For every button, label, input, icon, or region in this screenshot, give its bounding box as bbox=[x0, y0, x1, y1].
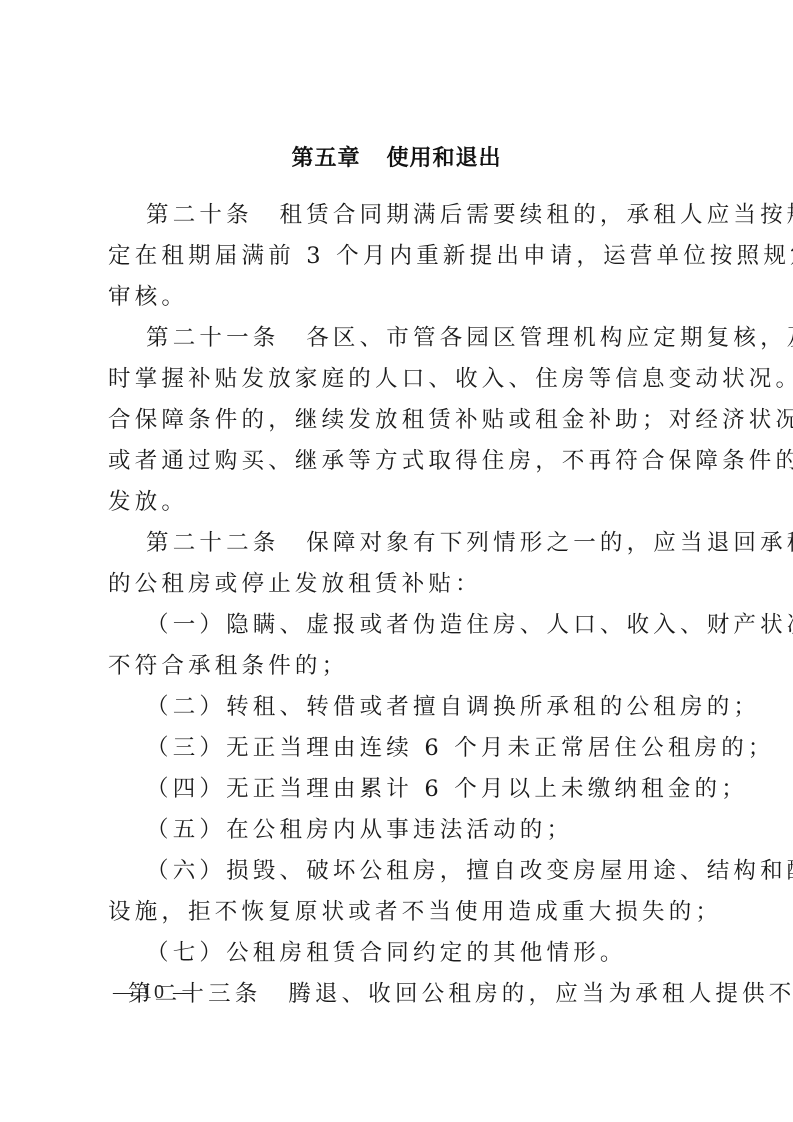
chapter-name: 使用和退出 bbox=[387, 146, 502, 171]
text-line: （三）无正当理由连续 6 个月未正常居住公租房的； bbox=[146, 733, 688, 763]
page-number: — 10 — bbox=[113, 981, 195, 1004]
text-line: （五）在公租房内从事违法活动的； bbox=[146, 815, 688, 845]
text-line: （四）无正当理由累计 6 个月以上未缴纳租金的； bbox=[146, 774, 688, 804]
text-line: 第二十三条 腾退、收回公租房的，应当为承租人提供不 bbox=[128, 979, 688, 1009]
text-line: 的公租房或停止发放租赁补贴： bbox=[108, 569, 688, 599]
text-line: 定在租期届满前 3 个月内重新提出申请，运营单位按照规定程序 bbox=[108, 241, 688, 271]
text-line: 第二十条 租赁合同期满后需要续租的，承租人应当按规 bbox=[146, 200, 688, 230]
text-line: （六）损毁、破坏公租房，擅自改变房屋用途、结构和配套 bbox=[146, 856, 688, 886]
text-line: 第二十一条 各区、市管各园区管理机构应定期复核，及 bbox=[146, 323, 688, 353]
chapter-title: 第五章使用和退出 bbox=[0, 141, 793, 172]
document-page: 第五章使用和退出 第二十条 租赁合同期满后需要续租的，承租人应当按规定在租期届满… bbox=[0, 0, 793, 1122]
text-line: 时掌握补贴发放家庭的人口、收入、住房等信息变动状况。对符 bbox=[108, 364, 688, 394]
text-line: 第二十二条 保障对象有下列情形之一的，应当退回承租 bbox=[146, 528, 688, 558]
text-line: 合保障条件的，继续发放租赁补贴或租金补助；对经济状况改善， bbox=[108, 405, 688, 435]
chapter-number: 第五章 bbox=[291, 146, 360, 171]
text-line: 发放。 bbox=[108, 487, 688, 517]
text-line: （一）隐瞒、虚报或者伪造住房、人口、收入、财产状况， bbox=[146, 610, 688, 640]
text-line: （七）公租房租赁合同约定的其他情形。 bbox=[146, 938, 688, 968]
text-line: 设施，拒不恢复原状或者不当使用造成重大损失的； bbox=[108, 897, 688, 927]
text-line: 或者通过购买、继承等方式取得住房，不再符合保障条件的终止 bbox=[108, 446, 688, 476]
text-line: 不符合承租条件的； bbox=[108, 651, 688, 681]
text-line: （二）转租、转借或者擅自调换所承租的公租房的； bbox=[146, 692, 688, 722]
text-line: 审核。 bbox=[108, 282, 688, 312]
